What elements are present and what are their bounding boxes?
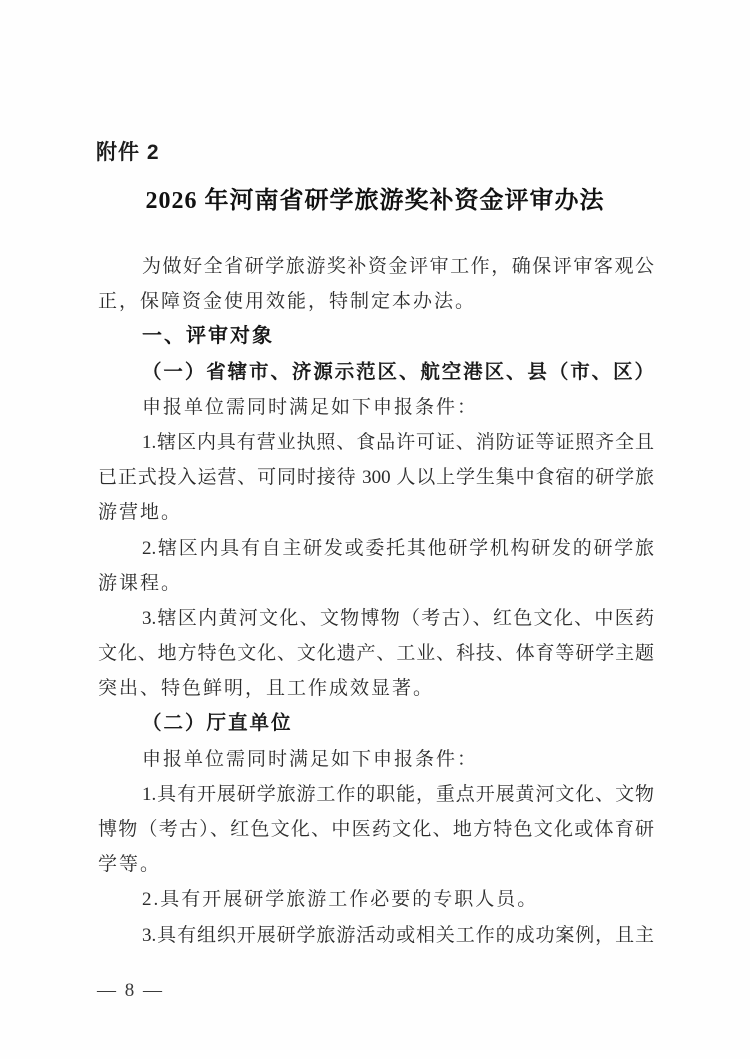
list-item-line: 2.具有开展研学旅游工作必要的专职人员。 <box>98 882 654 917</box>
document-body: 为做好全省研学旅游奖补资金评审工作，确保评审客观公 正，保障资金使用效能，特制定… <box>98 249 654 953</box>
list-item-line: 游营地。 <box>98 495 654 530</box>
document-title: 2026 年河南省研学旅游奖补资金评审办法 <box>0 180 750 215</box>
list-item-line: 1.具有开展研学旅游工作的职能，重点开展黄河文化、文物 <box>98 777 654 812</box>
attachment-label: 附件 2 <box>96 136 160 166</box>
paragraph-line: 申报单位需同时满足如下申报条件： <box>98 742 654 777</box>
document-page: 附件 2 2026 年河南省研学旅游奖补资金评审办法 为做好全省研学旅游奖补资金… <box>0 0 750 1059</box>
list-item-line: 3.具有组织开展研学旅游活动或相关工作的成功案例，且主 <box>98 918 654 953</box>
paragraph-line: 为做好全省研学旅游奖补资金评审工作，确保评审客观公 <box>98 249 654 284</box>
section-heading: 一、评审对象 <box>98 319 654 354</box>
list-item-line: 突出、特色鲜明，且工作成效显著。 <box>98 671 654 706</box>
list-item-line: 2.辖区内具有自主研发或委托其他研学机构研发的研学旅 <box>98 531 654 566</box>
list-item-line: 1.辖区内具有营业执照、食品许可证、消防证等证照齐全且 <box>98 425 654 460</box>
subsection-heading: （一）省辖市、济源示范区、航空港区、县（市、区） <box>98 355 654 390</box>
subsection-heading: （二）厅直单位 <box>98 706 654 741</box>
list-item-line: 已正式投入运营、可同时接待 300 人以上学生集中食宿的研学旅 <box>98 460 654 495</box>
list-item-line: 学等。 <box>98 847 654 882</box>
list-item-line: 游课程。 <box>98 566 654 601</box>
list-item-line: 3.辖区内黄河文化、文物博物（考古）、红色文化、中医药 <box>98 601 654 636</box>
paragraph-line: 正，保障资金使用效能，特制定本办法。 <box>98 284 654 319</box>
list-item-line: 文化、地方特色文化、文化遗产、工业、科技、体育等研学主题 <box>98 636 654 671</box>
paragraph-line: 申报单位需同时满足如下申报条件： <box>98 390 654 425</box>
list-item-line: 博物（考古）、红色文化、中医药文化、地方特色文化或体育研 <box>98 812 654 847</box>
page-number: — 8 — <box>97 977 164 1005</box>
